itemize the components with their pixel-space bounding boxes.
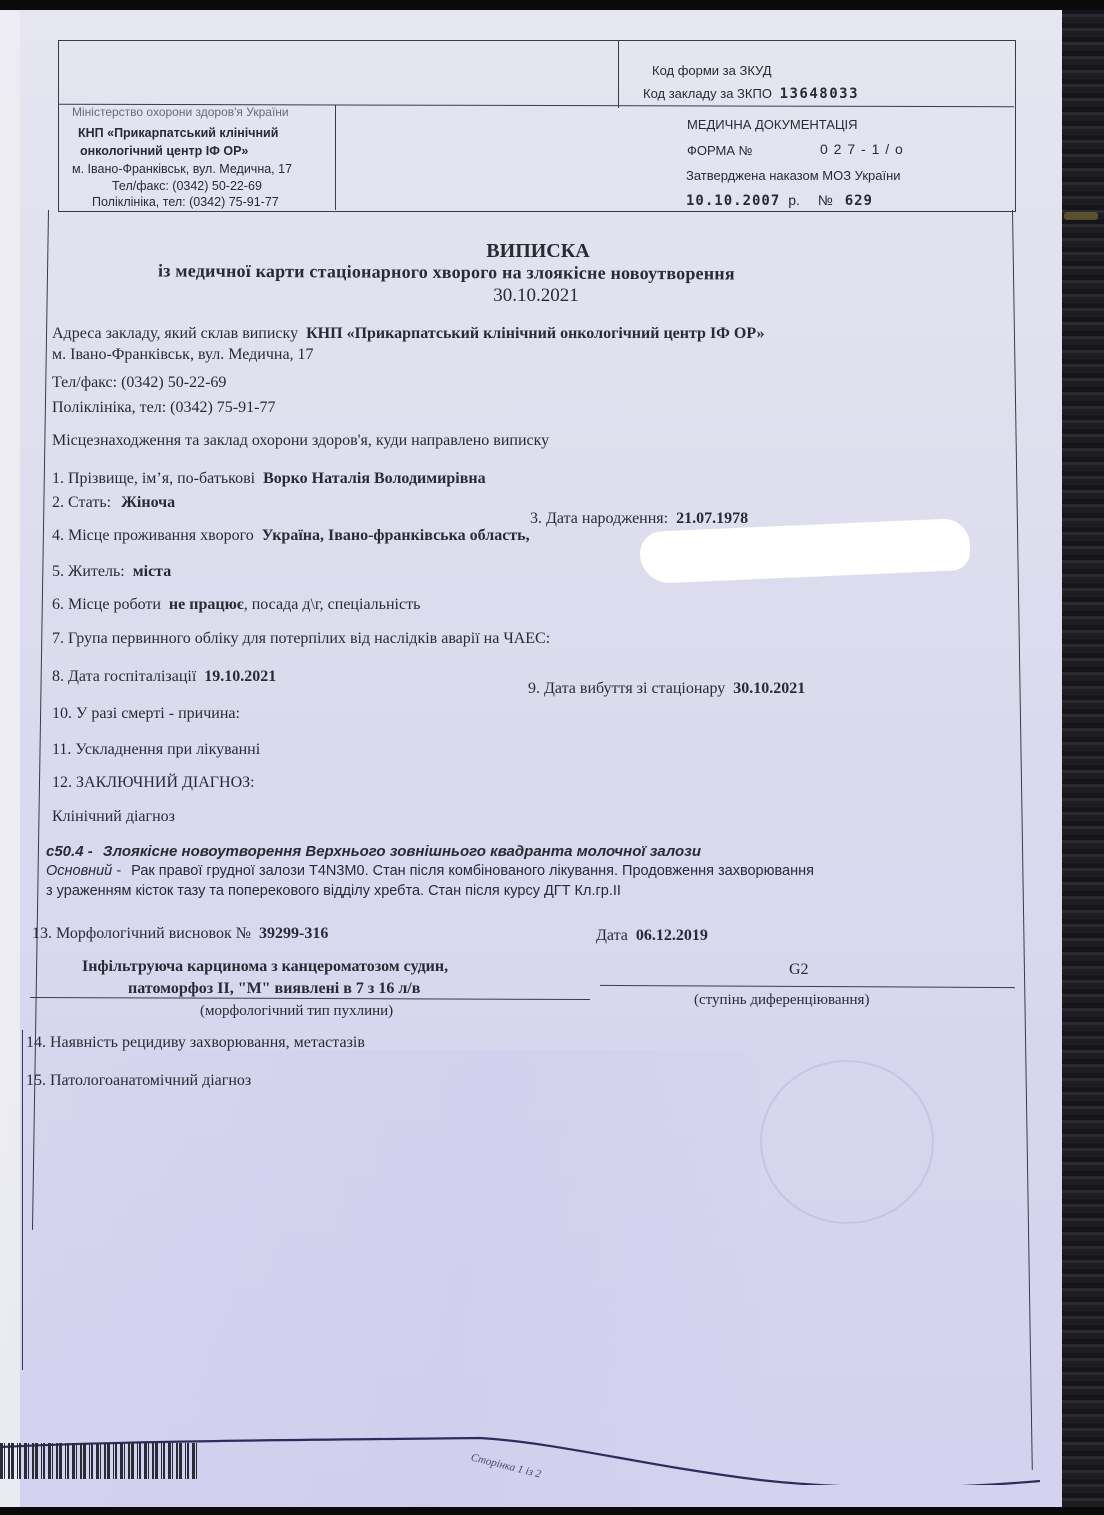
ministry-name: Міністерство охорони здоров'я України: [72, 105, 289, 119]
field-12-final-diagnosis: 12. ЗАКЛЮЧНИЙ ДІАГНОЗ:: [52, 774, 255, 792]
header-left-column-border: [335, 105, 336, 210]
resident-type: міста: [133, 563, 172, 580]
field-10-death-cause: 10. У разі смерті - причина:: [52, 705, 240, 723]
grade-value: G2: [789, 961, 809, 979]
birth-date: 21.07.1978: [676, 510, 748, 527]
patient-sex: Жіноча: [121, 494, 175, 511]
field-14-recurrence: 14. Наявність рецидиву захворювання, мет…: [26, 1034, 365, 1052]
approval-row: 10.10.2007 р. № 629: [686, 192, 873, 209]
field-9-label: 9. Дата вибуття зі стаціонару: [528, 680, 725, 697]
approved-by: Затверджена наказом МОЗ України: [686, 168, 901, 183]
form-number: 0 2 7 - 1 / о: [820, 141, 904, 157]
field-13-morphology: 13. Морфологічний висновок № 39299-316: [32, 925, 328, 943]
field-1-full-name: 1. Прізвище, ім’я, по-батькові Ворко Нат…: [52, 470, 486, 488]
issuer-label: Адреса закладу, який склав виписку: [52, 325, 298, 342]
field-3-label: 3. Дата народження:: [530, 510, 668, 527]
destination-label: Місцезнаходження та заклад охорони здоро…: [52, 432, 549, 450]
field-5-label: 5. Житель:: [52, 563, 125, 580]
morphology-line-2: патоморфоз II, "М" виявлені в 7 з 16 л/в: [128, 980, 420, 998]
field-8-admission-date: 8. Дата госпіталізації 19.10.2021: [52, 668, 276, 686]
field-4-residence: 4. Місце проживання хворого Україна, Іва…: [52, 527, 530, 545]
grade-caption: (ступінь диференціювання): [694, 992, 869, 1009]
form-code-label: Код форми за ЗКУД: [652, 63, 772, 78]
field-5-resident: 5. Житель: міста: [52, 563, 171, 581]
form-label: ФОРМА №: [687, 143, 753, 158]
field-7-chernobyl-group: 7. Група первинного обліку для потерпіли…: [52, 630, 550, 648]
org-clinic-phone: Поліклініка, тел: (0342) 75-91-77: [92, 195, 279, 209]
diagnosis-title-row: с50.4 - Злоякісне новоутворення Верхньог…: [46, 843, 701, 860]
institution-code: 13648033: [780, 86, 859, 102]
field-15-pathology-diagnosis: 15. Патологоанатомічний діагноз: [26, 1072, 251, 1090]
order-label: №: [818, 192, 833, 208]
institution-code-label: Код закладу за ЗКПО: [643, 86, 772, 101]
clinical-diagnosis-label: Клінічний діагноз: [52, 808, 175, 826]
issuer-row: Адреса закладу, який склав виписку КНП «…: [52, 325, 765, 343]
morphology-date-row: Дата 06.12.2019: [596, 927, 708, 945]
field-8-label: 8. Дата госпіталізації: [52, 668, 196, 685]
diagnosis-line-1: Рак правої грудної залози T4N3M0. Стан п…: [131, 863, 814, 879]
field-6-workplace: 6. Місце роботи не працює, посада д\г, с…: [52, 596, 420, 614]
body-left-border-lower: [22, 1030, 23, 1370]
photo-bottom-edge: [0, 1507, 1104, 1515]
diagnosis-main-label: Основний -: [46, 863, 121, 879]
doc-type: МЕДИЧНА ДОКУМЕНТАЦІЯ: [687, 117, 858, 132]
org-name-line2: онкологічний центр ІФ ОР»: [80, 144, 248, 158]
morphology-number: 39299-316: [259, 925, 328, 942]
org-name-line1: КНП «Прикарпатський клінічний: [78, 126, 278, 140]
position-specialty: , посада д\г, спеціальність: [244, 596, 421, 613]
field-9-discharge-date: 9. Дата вибуття зі стаціонару 30.10.2021: [528, 680, 805, 698]
patient-name: Ворко Наталія Володимирівна: [263, 470, 486, 487]
field-1-label: 1. Прізвище, ім’я, по-батькові: [52, 470, 255, 487]
admission-date: 19.10.2021: [204, 668, 276, 685]
field-11-complications: 11. Ускладнення при лікуванні: [52, 741, 260, 759]
residence-value: Україна, Івано-франківська область,: [262, 527, 530, 544]
photo-top-edge: [0, 0, 1104, 10]
background-fabric-fleck: [1064, 212, 1098, 220]
order-number: 629: [845, 193, 873, 209]
morphology-date-label: Дата: [596, 927, 628, 944]
faint-stamp-mark: [760, 1060, 934, 1224]
org-address: м. Івано-Франківськ, вул. Медична, 17: [72, 162, 292, 176]
document-subtitle: із медичної карти стаціонарного хворого …: [158, 260, 735, 284]
document-date: 30.10.2021: [0, 285, 1088, 307]
issuer-address: м. Івано-Франківськ, вул. Медична, 17: [52, 346, 314, 364]
diagnosis-main-row: Основний - Рак правої грудної залози T4N…: [46, 863, 814, 879]
diagnosis-line-2: з ураженням кісток тазу та поперекового …: [46, 883, 621, 899]
org-phone: Тел/факс: (0342) 50-22-69: [112, 179, 262, 193]
field-4-label: 4. Місце проживання хворого: [52, 527, 254, 544]
issuer-name: КНП «Прикарпатський клінічний онкологічн…: [306, 325, 764, 342]
workplace-value: не працює: [169, 596, 244, 613]
field-2-label: 2. Стать:: [52, 494, 111, 511]
field-2-sex: 2. Стать: Жіноча: [52, 494, 175, 512]
approved-date: 10.10.2007: [686, 193, 780, 209]
year-suffix: р.: [788, 192, 800, 208]
field-6-label: 6. Місце роботи: [52, 596, 161, 613]
morphology-line-1: Інфільтруюча карцинома з канцероматозом …: [82, 958, 448, 976]
discharge-date: 30.10.2021: [733, 680, 805, 697]
morphology-date: 06.12.2019: [636, 927, 708, 944]
field-13-label: 13. Морфологічний висновок №: [32, 925, 251, 942]
barcode: [0, 1443, 200, 1479]
diagnosis-title: Злоякісне новоутворення Верхнього зовніш…: [103, 843, 701, 860]
morphology-caption: (морфологічний тип пухлини): [200, 1003, 393, 1020]
header-right-column-border: [618, 40, 619, 108]
background-fabric: [1060, 10, 1104, 1507]
field-3-birth-date: 3. Дата народження: 21.07.1978: [530, 510, 748, 528]
diagnosis-code: с50.4 -: [46, 843, 93, 860]
institution-code-row: Код закладу за ЗКПО 13648033: [643, 86, 859, 102]
issuer-phone: Тел/факс: (0342) 50-22-69: [52, 374, 226, 392]
issuer-clinic-phone: Поліклініка, тел: (0342) 75-91-77: [52, 399, 275, 417]
